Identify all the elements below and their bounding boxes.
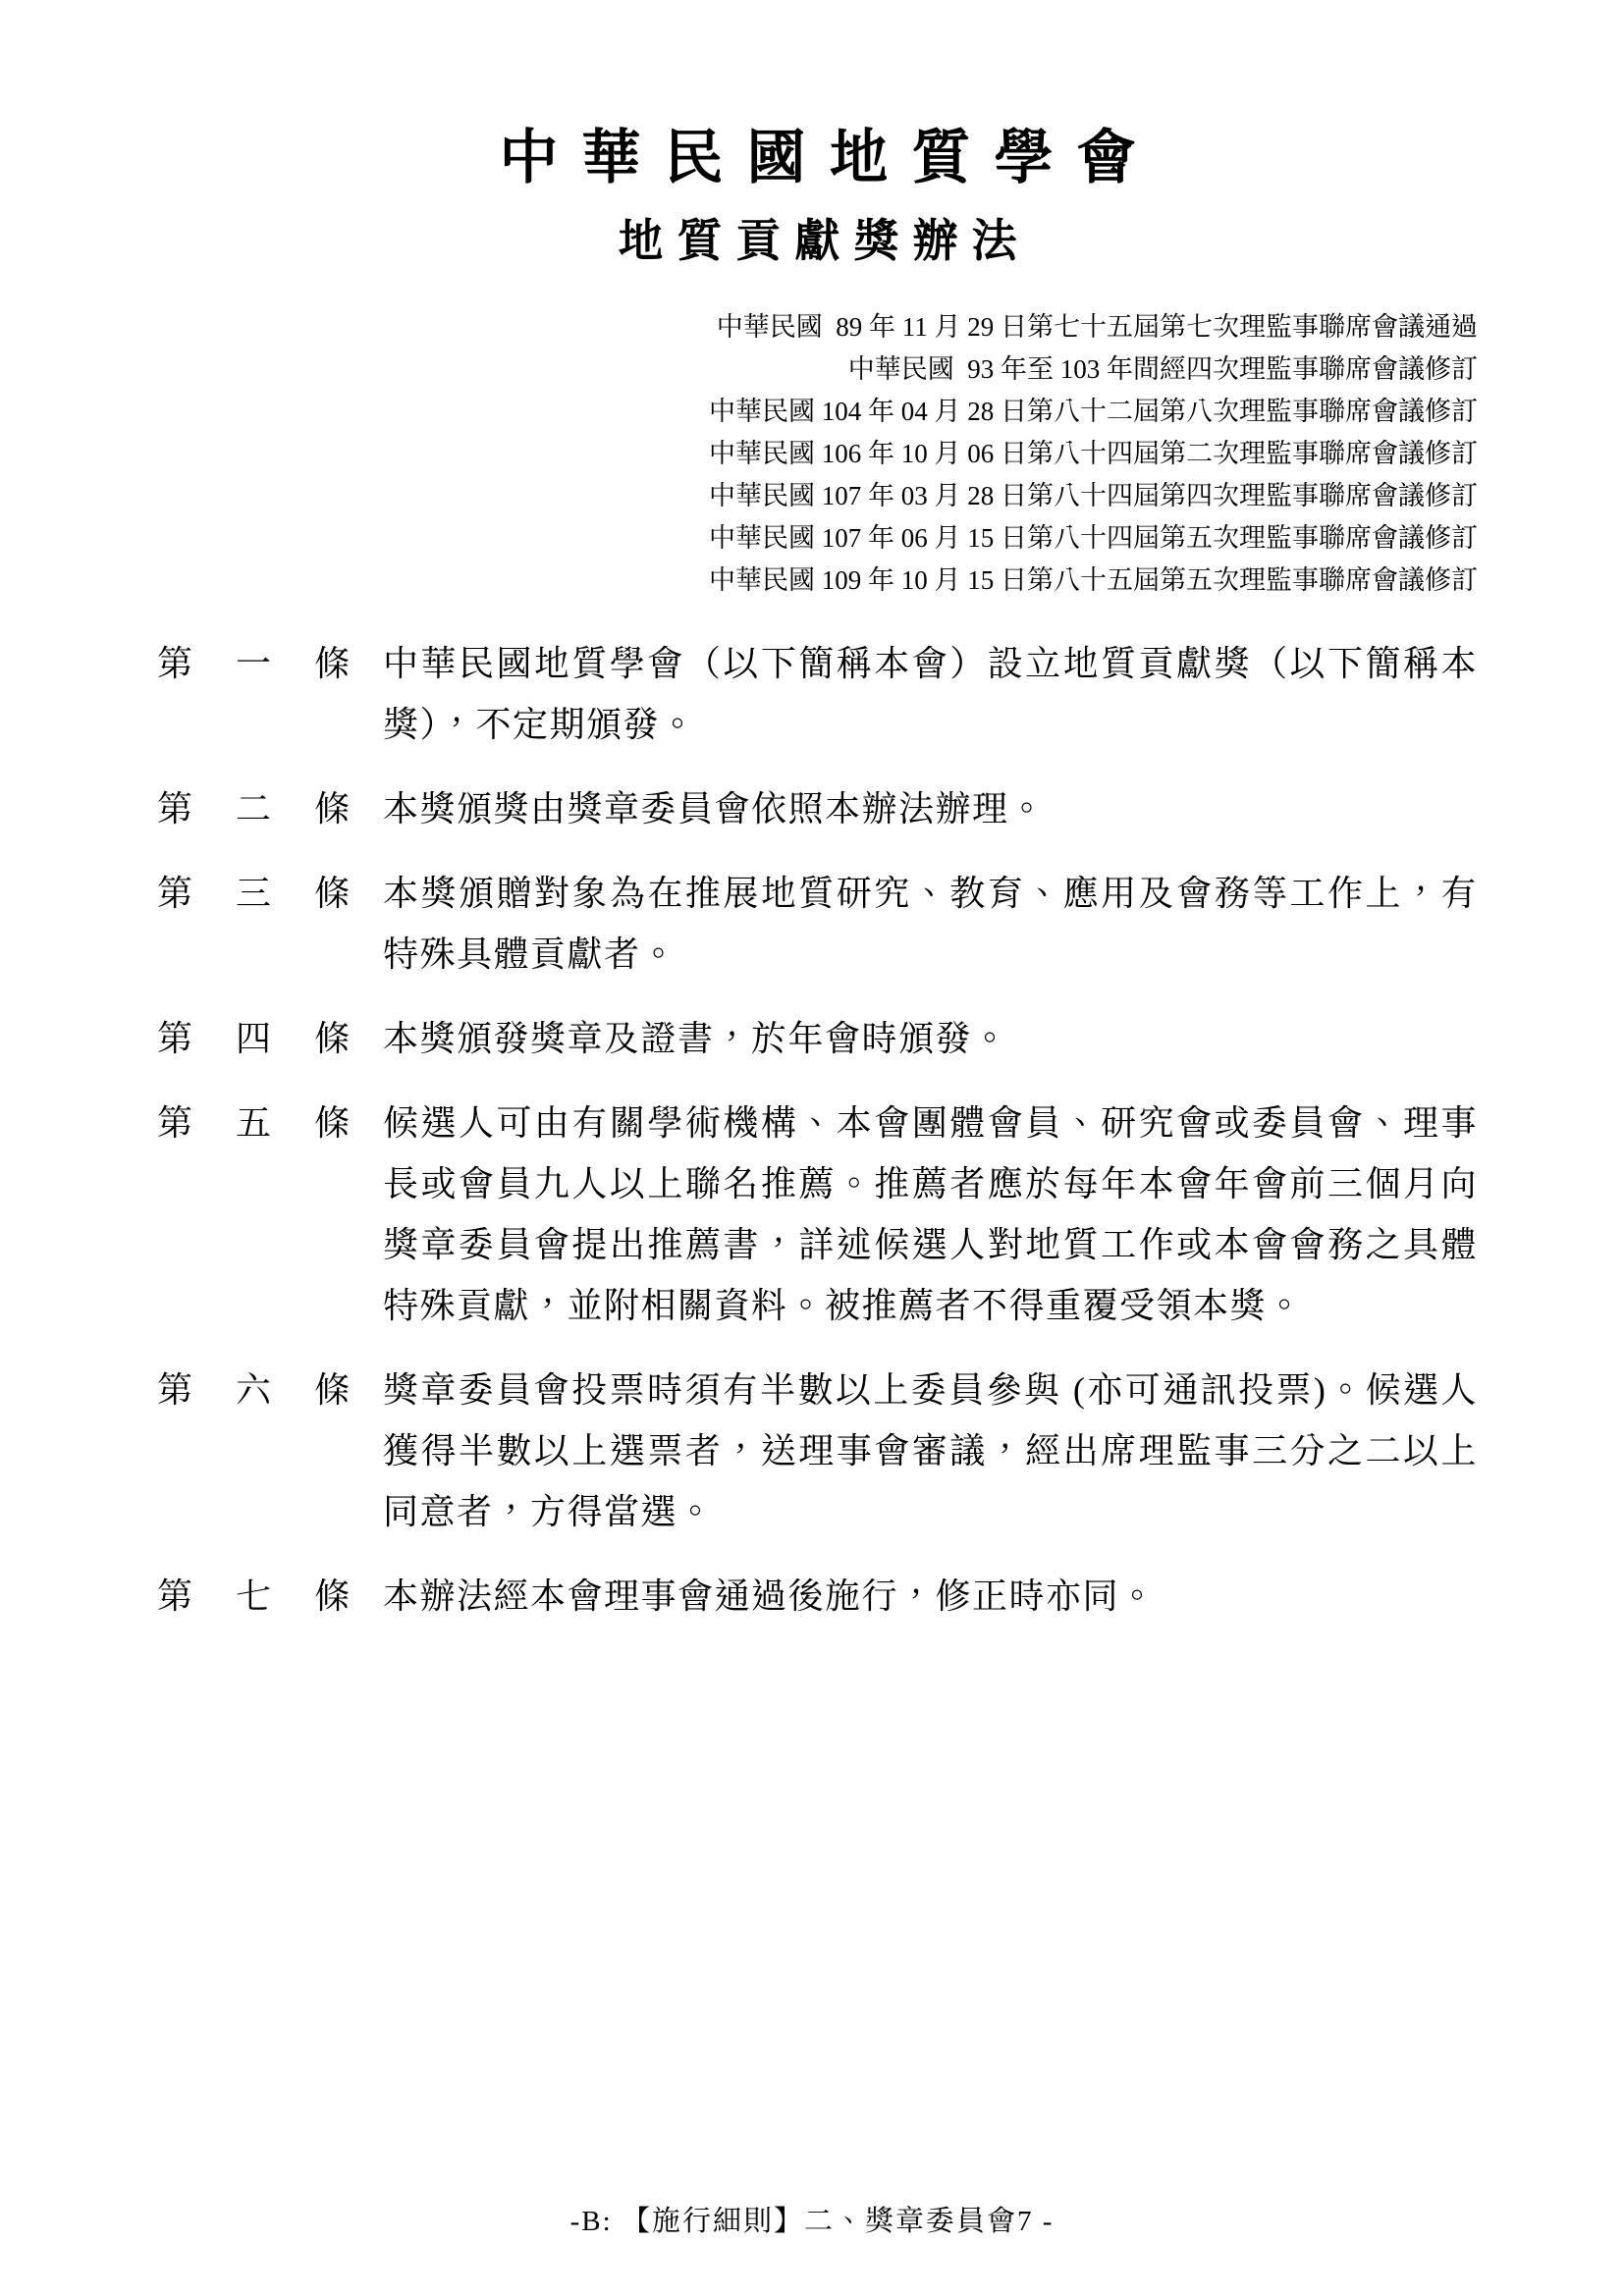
article-number: 一: [236, 633, 271, 694]
article-3-text: 本獎頒贈對象為在推展地質研究、教育、應用及會務等工作上，有特殊具體貢獻者。: [383, 863, 1478, 985]
articles-section: 第 一 條 中華民國地質學會（以下簡稱本會）設立地質貢獻獎（以下簡稱本獎），不定…: [157, 633, 1478, 1627]
article-number-prefix: 第: [157, 1360, 192, 1420]
revision-line: 中華民國 104 年 04 月 28 日第八十二屆第八次理監事聯席會議修訂: [157, 391, 1478, 433]
article-7-text: 本辦法經本會理事會通過後施行，修正時亦同。: [383, 1566, 1478, 1627]
article-number-suffix: 條: [314, 1360, 350, 1420]
article-6: 第 六 條 獎章委員會投票時須有半數以上委員參與 (亦可通訊投票)。候選人獲得半…: [157, 1360, 1478, 1542]
article-number: 四: [236, 1008, 271, 1069]
article-5-text: 候選人可由有關學術機構、本會團體會員、研究會或委員會、理事長或會員九人以上聯名推…: [383, 1093, 1478, 1336]
article-number-suffix: 條: [314, 633, 350, 694]
article-4-label: 第 四 條: [157, 1008, 383, 1069]
article-6-label: 第 六 條: [157, 1360, 383, 1420]
article-number-prefix: 第: [157, 633, 192, 694]
article-number-prefix: 第: [157, 1566, 192, 1627]
revision-line: 中華民國 93 年至 103 年間經四次理監事聯席會議修訂: [157, 348, 1478, 391]
article-number-prefix: 第: [157, 778, 192, 839]
article-1-label: 第 一 條: [157, 633, 383, 694]
article-number-prefix: 第: [157, 863, 192, 924]
article-number-prefix: 第: [157, 1093, 192, 1153]
document-content: 中華民國地質學會 地質貢獻獎辦法 中華民國 89 年 11 月 29 日第七十五…: [0, 0, 1624, 1627]
article-7: 第 七 條 本辦法經本會理事會通過後施行，修正時亦同。: [157, 1566, 1478, 1627]
article-number-suffix: 條: [314, 778, 350, 839]
article-number-suffix: 條: [314, 1093, 350, 1153]
article-number-prefix: 第: [157, 1008, 192, 1069]
article-2-text: 本獎頒獎由獎章委員會依照本辦法辦理。: [383, 778, 1478, 839]
revision-line: 中華民國 107 年 06 月 15 日第八十四屆第五次理監事聯席會議修訂: [157, 517, 1478, 560]
page-footer: -B: 【施行細則】二、獎章委員會7 -: [0, 2199, 1624, 2239]
article-number-suffix: 條: [314, 863, 350, 924]
article-2-label: 第 二 條: [157, 778, 383, 839]
article-number-suffix: 條: [314, 1566, 350, 1627]
article-4: 第 四 條 本獎頒發獎章及證書，於年會時頒發。: [157, 1008, 1478, 1069]
article-3-label: 第 三 條: [157, 863, 383, 924]
article-number: 五: [236, 1093, 271, 1153]
article-7-label: 第 七 條: [157, 1566, 383, 1627]
article-number: 二: [236, 778, 271, 839]
article-number: 七: [236, 1566, 271, 1627]
article-1-text: 中華民國地質學會（以下簡稱本會）設立地質貢獻獎（以下簡稱本獎），不定期頒發。: [383, 633, 1478, 755]
article-3: 第 三 條 本獎頒贈對象為在推展地質研究、教育、應用及會務等工作上，有特殊具體貢…: [157, 863, 1478, 985]
revision-line: 中華民國 89 年 11 月 29 日第七十五屆第七次理監事聯席會議通過: [157, 306, 1478, 348]
article-4-text: 本獎頒發獎章及證書，於年會時頒發。: [383, 1008, 1478, 1069]
article-5: 第 五 條 候選人可由有關學術機構、本會團體會員、研究會或委員會、理事長或會員九…: [157, 1093, 1478, 1336]
document-page: 中華民國地質學會 地質貢獻獎辦法 中華民國 89 年 11 月 29 日第七十五…: [0, 0, 1624, 2296]
document-subtitle: 地質貢獻獎辦法: [157, 210, 1478, 273]
article-2: 第 二 條 本獎頒獎由獎章委員會依照本辦法辦理。: [157, 778, 1478, 839]
article-5-label: 第 五 條: [157, 1093, 383, 1153]
revision-line: 中華民國 106 年 10 月 06 日第八十四屆第二次理監事聯席會議修訂: [157, 433, 1478, 475]
document-title: 中華民國地質學會: [157, 116, 1478, 200]
revision-history: 中華民國 89 年 11 月 29 日第七十五屆第七次理監事聯席會議通過 中華民…: [157, 306, 1478, 602]
article-number-suffix: 條: [314, 1008, 350, 1069]
article-number: 六: [236, 1360, 271, 1420]
revision-line: 中華民國 109 年 10 月 15 日第八十五屆第五次理監事聯席會議修訂: [157, 560, 1478, 602]
revision-line: 中華民國 107 年 03 月 28 日第八十四屆第四次理監事聯席會議修訂: [157, 475, 1478, 517]
article-number: 三: [236, 863, 271, 924]
article-1: 第 一 條 中華民國地質學會（以下簡稱本會）設立地質貢獻獎（以下簡稱本獎），不定…: [157, 633, 1478, 755]
article-6-text: 獎章委員會投票時須有半數以上委員參與 (亦可通訊投票)。候選人獲得半數以上選票者…: [383, 1360, 1478, 1542]
